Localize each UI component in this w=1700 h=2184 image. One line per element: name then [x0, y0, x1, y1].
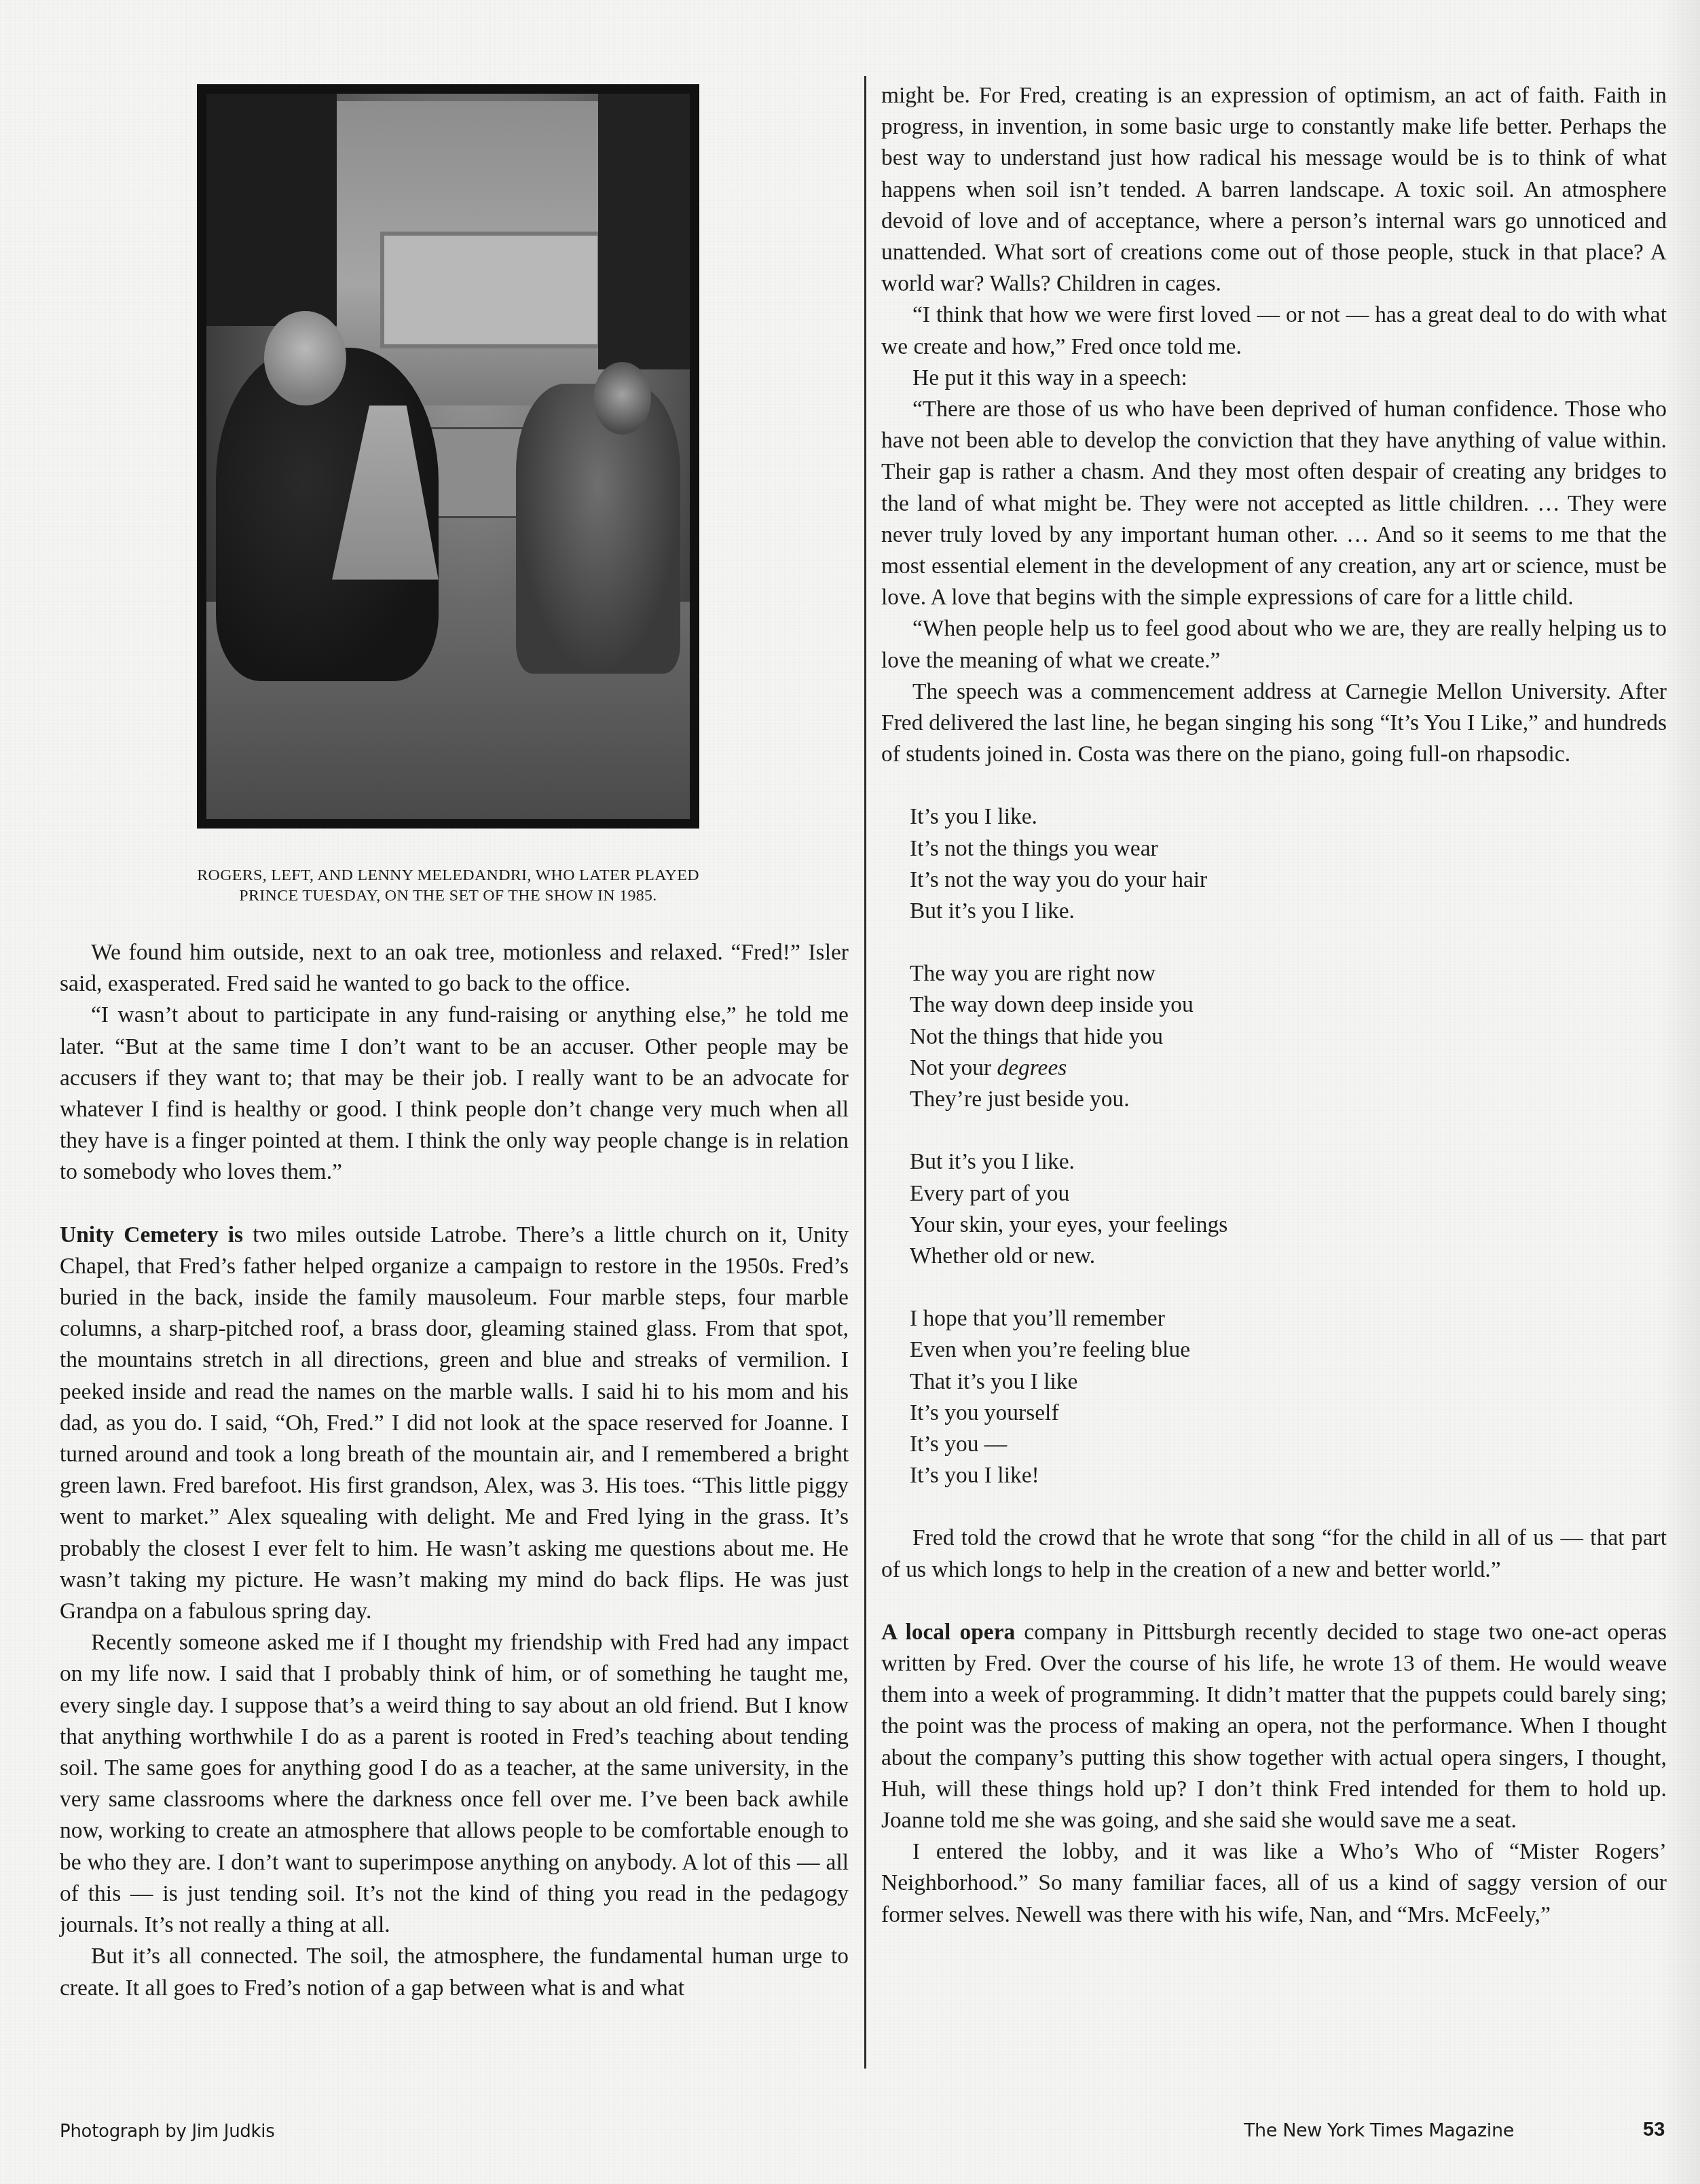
lyric-stanza: The way you are right now The way down d… [910, 958, 1667, 1115]
lyric-stanza: It’s you I like. It’s not the things you… [910, 801, 1667, 927]
section-paragraph: Unity Cemetery is two miles outside Latr… [60, 1220, 849, 1628]
paragraph: Recently someone asked me if I thought m… [60, 1627, 849, 1941]
section-paragraph: A local opera company in Pittsburgh rece… [881, 1617, 1667, 1836]
speech-quote: “There are those of us who have been dep… [881, 394, 1667, 613]
song-lyrics: It’s you I like. It’s not the things you… [910, 801, 1667, 1491]
paragraph: He put it this way in a speech: [881, 363, 1667, 394]
paragraph-text: company in Pittsburgh recently decided t… [881, 1620, 1667, 1833]
page-number: 53 [1643, 2119, 1665, 2141]
paragraph: The speech was a commencement address at… [881, 676, 1667, 771]
lyric-line: Not the things that hide you [910, 1021, 1667, 1053]
lyric-line: It’s you — [910, 1429, 1667, 1460]
left-column: We found him outside, next to an oak tre… [60, 937, 849, 2004]
lyric-text: Not your [910, 1055, 997, 1080]
lyric-stanza: But it’s you I like. Every part of you Y… [910, 1146, 1667, 1272]
paragraph-text: two miles outside Latrobe. There’s a lit… [60, 1222, 849, 1624]
photo-image [206, 94, 690, 819]
paragraph: We found him outside, next to an oak tre… [60, 937, 849, 1000]
section-lead-in: Unity Cemetery is [60, 1222, 243, 1248]
paragraph: might be. For Fred, creating is an expre… [881, 80, 1667, 299]
paragraph: “I wasn’t about to participate in any fu… [60, 1000, 849, 1188]
column-divider [864, 76, 866, 2069]
lyric-line: It’s you I like. [910, 801, 1667, 833]
paragraph: Fred told the crowd that he wrote that s… [881, 1523, 1667, 1585]
lyric-line: It’s not the way you do your hair [910, 864, 1667, 896]
right-column: might be. For Fred, creating is an expre… [881, 80, 1667, 1931]
section-lead-in: A local opera [881, 1620, 1015, 1645]
lyric-line: But it’s you I like. [910, 896, 1667, 927]
lyric-line: Even when you’re feeling blue [910, 1334, 1667, 1366]
lyric-line: Not your degrees [910, 1053, 1667, 1084]
lyric-line: But it’s you I like. [910, 1146, 1667, 1178]
lyric-line: The way you are right now [910, 958, 1667, 989]
lyric-stanza: I hope that you’ll remember Even when yo… [910, 1303, 1667, 1491]
lyric-line: It’s not the things you wear [910, 833, 1667, 864]
paragraph: But it’s all connected. The soil, the at… [60, 1941, 849, 2003]
lyric-line: I hope that you’ll remember [910, 1303, 1667, 1334]
lyric-line: It’s you I like! [910, 1460, 1667, 1491]
lyric-line: Whether old or new. [910, 1241, 1667, 1272]
lyric-line: Every part of you [910, 1178, 1667, 1209]
photo-credit: Photograph by Jim Judkis [60, 2122, 274, 2142]
lyric-line: Your skin, your eyes, your feelings [910, 1209, 1667, 1241]
paragraph: I entered the lobby, and it was like a W… [881, 1836, 1667, 1931]
lyric-line: It’s you yourself [910, 1398, 1667, 1429]
speech-quote: “When people help us to feel good about … [881, 613, 1667, 676]
caption-line-2: PRINCE TUESDAY, ON THE SET OF THE SHOW I… [197, 886, 699, 906]
photo-caption: ROGERS, LEFT, AND LENNY MELEDANDRI, WHO … [197, 865, 699, 906]
paragraph: “I think that how we were first loved — … [881, 299, 1667, 362]
publication-name: The New York Times Magazine [1244, 2120, 1514, 2141]
article-photo [197, 84, 699, 829]
lyric-line: The way down deep inside you [910, 989, 1667, 1021]
lyric-line: That it’s you I like [910, 1366, 1667, 1398]
lyric-emphasis: degrees [997, 1055, 1067, 1080]
caption-line-1: ROGERS, LEFT, AND LENNY MELEDANDRI, WHO … [197, 865, 699, 886]
lyric-line: They’re just beside you. [910, 1084, 1667, 1115]
